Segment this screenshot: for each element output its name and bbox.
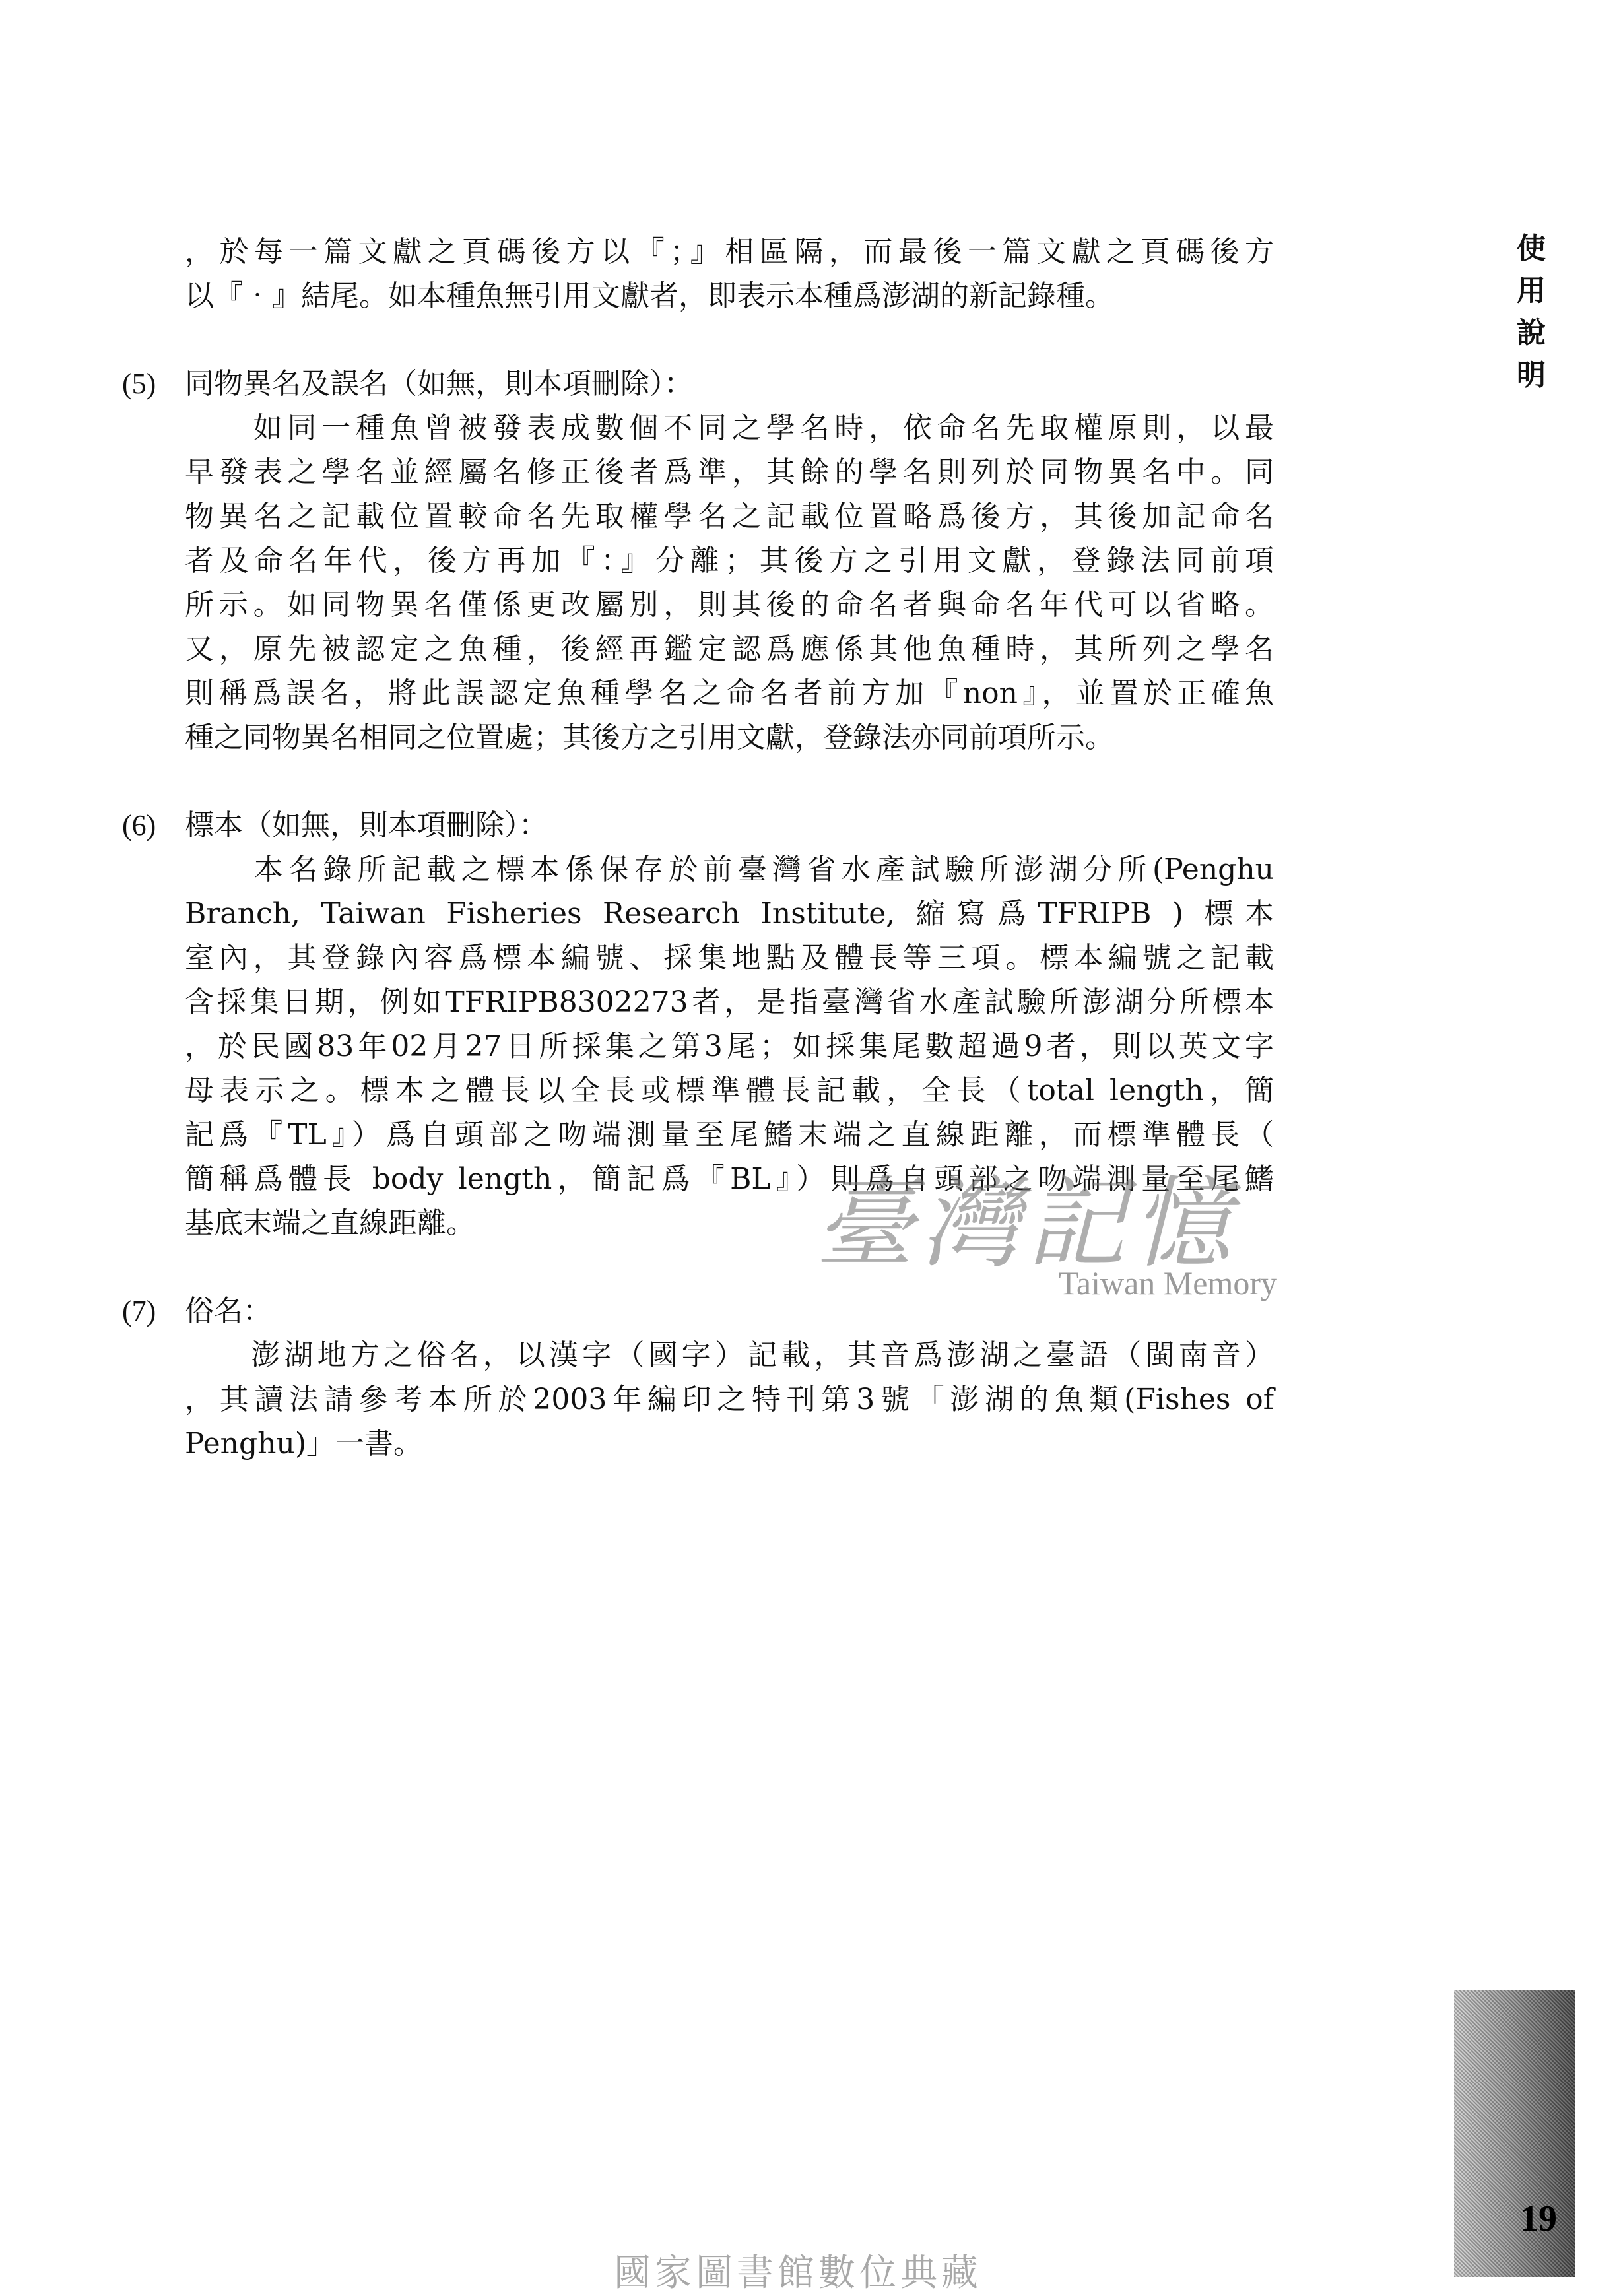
paragraph-line: 本名錄所記載之標本係保存於前臺灣省水產試驗所澎湖分所(Penghu — [185, 853, 1274, 887]
paragraph-line: 種之同物異名相同之位置處；其後方之引用文獻，登錄法亦同前項所示。 — [185, 721, 1274, 755]
paragraph-line: ，其讀法請參考本所於2003年編印之特刊第3號「澎湖的魚類(Fishes of — [185, 1383, 1274, 1417]
section-number: (5) — [122, 367, 185, 401]
paragraph-line: 母表示之。標本之體長以全長或標準體長記載，全長（total length，簡 — [185, 1074, 1274, 1108]
paragraph-line: 含採集日期，例如TFRIPB8302273者，是指臺灣省水產試驗所澎湖分所標本 — [185, 985, 1274, 1020]
paragraph-line: 澎湖地方之俗名，以漢字（國字）記載，其音爲澎湖之臺語（閩南音） — [185, 1338, 1274, 1373]
paragraph-line: 又，原先被認定之魚種，後經再鑑定認爲應係其他魚種時，其所列之學名 — [185, 632, 1274, 667]
document-page: 使 用 說 明 ，於每一篇文獻之頁碼後方以『；』相區隔，而最後一篇文獻之頁碼後方… — [0, 0, 1621, 2296]
paragraph-line: 以『‧』結尾。如本種魚無引用文獻者，即表示本種爲澎湖的新記錄種。 — [185, 279, 1274, 313]
paragraph-line: 者及命名年代，後方再加『：』分離；其後方之引用文獻，登錄法同前項 — [185, 544, 1274, 578]
paragraph-line: 如同一種魚曾被發表成數個不同之學名時，依命名先取權原則，以最 — [185, 411, 1274, 445]
section-heading-synonyms: (5)同物異名及誤名（如無，則本項刪除）： — [122, 367, 693, 401]
ncl-digital-collection-watermark: 國家圖書館數位典藏 — [614, 2252, 982, 2295]
paragraph-line: 記爲『TL』）爲自頭部之吻端測量至尾鰭末端之直線距離，而標準體長（ — [185, 1118, 1274, 1152]
paragraph-line: Penghu)」一書。 — [185, 1427, 1274, 1461]
paragraph-line: ，於民國83年02月27日所採集之第3尾；如採集尾數超過9者，則以英文字 — [185, 1030, 1274, 1064]
side-title-char: 明 — [1511, 354, 1551, 397]
section-title: 同物異名及誤名（如無，則本項刪除）： — [185, 367, 693, 401]
section-title: 俗名： — [185, 1294, 272, 1328]
paragraph-line: 基底末端之直線距離。 — [185, 1206, 1274, 1241]
section-heading-common-name: (7)俗名： — [122, 1294, 272, 1328]
paragraph-line: ，於每一篇文獻之頁碼後方以『；』相區隔，而最後一篇文獻之頁碼後方 — [185, 235, 1274, 269]
paragraph-line: Branch, Taiwan Fisheries Research Instit… — [185, 897, 1274, 931]
paragraph-line: 簡稱爲體長 body length，簡記爲『BL』）則爲自頭部之吻端測量至尾鰭 — [185, 1162, 1274, 1197]
page-tab-block: 19 — [1454, 1990, 1575, 2277]
paragraph-line: 室內，其登錄內容爲標本編號、採集地點及體長等三項。標本編號之記載 — [185, 941, 1274, 975]
side-title-char: 用 — [1511, 270, 1551, 312]
section-number: (6) — [122, 808, 185, 843]
page-number: 19 — [1520, 2200, 1557, 2237]
side-title-char: 說 — [1511, 312, 1551, 354]
paragraph-line: 物異名之記載位置較命名先取權學名之記載位置略爲後方，其後加記命名 — [185, 500, 1274, 534]
paragraph-line: 則稱爲誤名，將此誤認定魚種學名之命名者前方加『non』，並置於正確魚 — [185, 676, 1274, 711]
side-title-usage-notes: 使 用 說 明 — [1511, 228, 1551, 397]
side-title-char: 使 — [1511, 228, 1551, 270]
paragraph-line: 所示。如同物異名僅係更改屬別，則其後的命名者與命名年代可以省略。 — [185, 588, 1274, 622]
watermark-logo-en: Taiwan Memory — [1059, 1264, 1277, 1302]
section-number: (7) — [122, 1294, 185, 1328]
section-title: 標本（如無，則本項刪除）： — [185, 808, 548, 842]
section-heading-specimens: (6)標本（如無，則本項刪除）： — [122, 808, 548, 843]
paragraph-line: 早發表之學名並經屬名修正後者爲準，其餘的學名則列於同物異名中。同 — [185, 455, 1274, 490]
